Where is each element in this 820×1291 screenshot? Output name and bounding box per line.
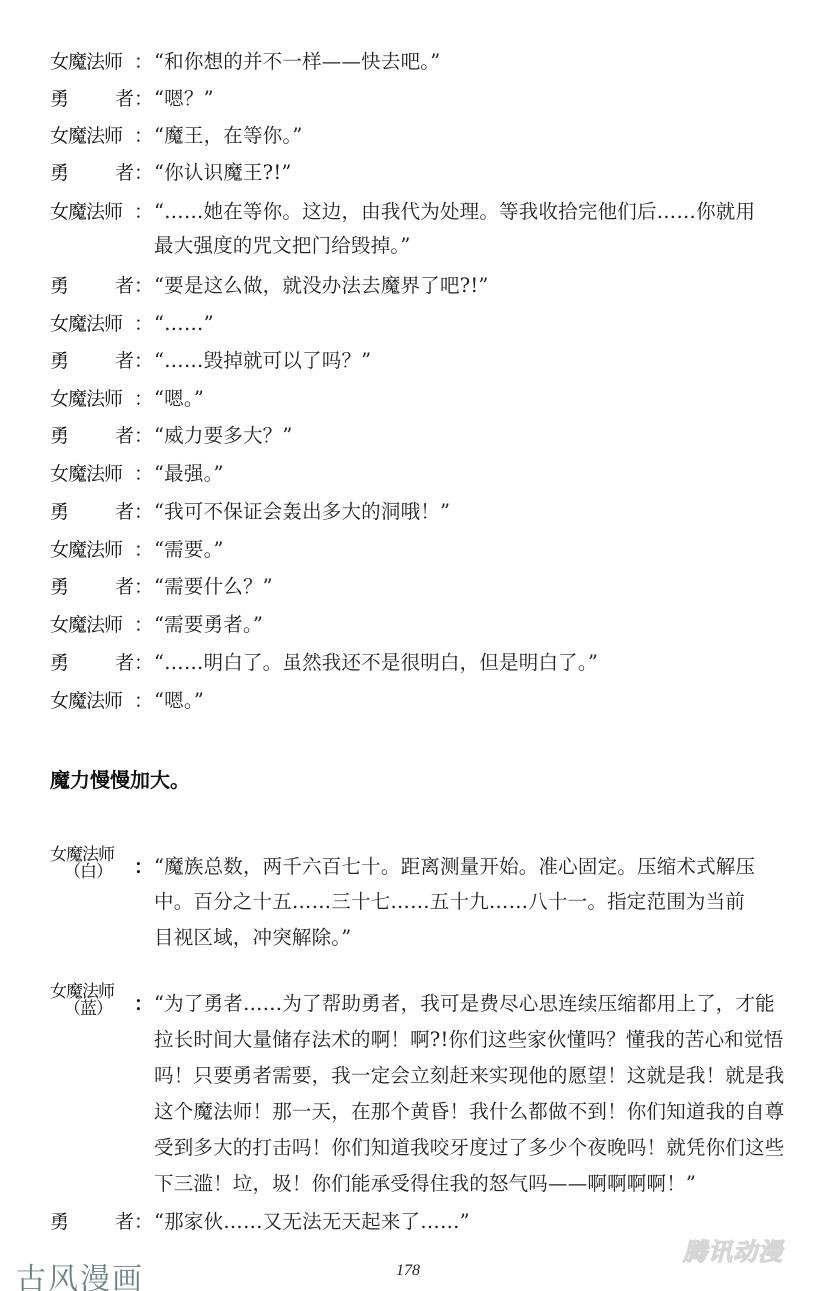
dialogue-line: 女魔法师 ： “魔王，在等你。” — [50, 122, 790, 150]
speech-text: “魔族总数，两千六百七十。距离测量开始。准心固定。压缩术式解压 — [154, 853, 755, 881]
dialogue-line: 勇者 ： “……明白了。虽然我还不是很明白，但是明白了。” — [50, 649, 790, 677]
speaker-label: 女魔法师 — [50, 460, 142, 488]
dialogue-line: 勇者 ： “你认识魔王?!” — [50, 159, 790, 187]
speaker-label-white: 女魔法师 （白） — [50, 847, 134, 881]
speech-continuation: 目视区域，冲突解除。” — [154, 924, 794, 952]
speaker-label: 女魔法师 — [50, 385, 142, 413]
dialogue-line: 女魔法师 ： “需要勇者。” — [50, 611, 790, 639]
speech-continuation: 中。百分之十五……三十七……五十九……八十一。指定范围为当前 — [154, 888, 794, 916]
speech-text: “威力要多大？” — [154, 422, 293, 450]
speaker-label: 女魔法师 — [50, 310, 142, 338]
speaker-label-hero: 勇者 — [50, 573, 134, 601]
colon: ： — [134, 536, 153, 564]
colon: ： — [134, 853, 153, 881]
speech-continuation: 这个魔法师！那一天，在那个黄昏！我什么都做不到！你们知道我的自尊 — [154, 1098, 794, 1126]
speaker-label-hero: 勇者 — [50, 85, 134, 113]
speech-text: “……她在等你。这边，由我代为处理。等我收拾完他们后……你就用 — [154, 198, 755, 226]
page-number: 178 — [396, 1262, 420, 1280]
speech-text: “要是这么做，就没办法去魔界了吧?!” — [154, 272, 489, 300]
colon: ： — [134, 272, 153, 300]
colon: ： — [134, 460, 153, 488]
colon: ： — [134, 649, 153, 677]
speech-text: “需要勇者。” — [154, 611, 263, 639]
colon: ： — [134, 198, 153, 226]
colon: ： — [134, 385, 153, 413]
speaker-label-hero: 勇者 — [50, 272, 134, 300]
dialogue-line: 勇者 ： “……毁掉就可以了吗？” — [50, 347, 790, 375]
speech-continuation: 下三滥！垃，圾！你们能承受得住我的怒气吗——啊啊啊啊！” — [154, 1170, 794, 1198]
speech-text: “需要。” — [154, 536, 224, 564]
colon: ： — [134, 310, 153, 338]
speech-text: “你认识魔王?!” — [154, 159, 292, 187]
speech-continuation: 最大强度的咒文把门给毁掉。” — [154, 232, 794, 260]
colon: ： — [134, 48, 153, 76]
watermark-logo: 腾讯动漫 — [676, 1237, 790, 1267]
speaker-label: 女魔法师 — [50, 536, 142, 564]
speaker-sub: （蓝） — [58, 1001, 118, 1018]
colon: ： — [134, 1208, 153, 1236]
book-page: 女魔法师 ： “和你想的并不一样——快去吧。” 勇者 ： “嗯？” 女魔法师 ：… — [0, 0, 820, 1291]
dialogue-line: 勇者 ： “嗯？” — [50, 85, 790, 113]
speech-text: “……明白了。虽然我还不是很明白，但是明白了。” — [154, 649, 598, 677]
colon: ： — [134, 422, 153, 450]
dialogue-line: 女魔法师 ： “和你想的并不一样——快去吧。” — [50, 48, 790, 76]
site-logo: 古风漫画 — [16, 1254, 144, 1291]
speaker-label: 女魔法师 — [50, 122, 142, 150]
speaker-label-hero: 勇者 — [50, 649, 134, 677]
speech-continuation: 受到多大的打击吗！你们知道我咬牙度过了多少个夜晚吗！就凭你们这些 — [154, 1134, 794, 1162]
dialogue-line: 勇者 ： “那家伙……又无法无天起来了……” — [50, 1208, 790, 1236]
speech-continuation: 拉长时间大量储存法术的啊！啊?!你们这些家伙懂吗？懂我的苦心和觉悟 — [154, 1026, 794, 1054]
speaker-label-hero: 勇者 — [50, 159, 134, 187]
dialogue-line: 勇者 ： “威力要多大？” — [50, 422, 790, 450]
colon: ： — [134, 611, 153, 639]
speaker-label: 女魔法师 — [50, 611, 142, 639]
dialogue-line: 女魔法师 （白） ： “魔族总数，两千六百七十。距离测量开始。准心固定。压缩术式… — [50, 853, 790, 881]
speaker-label-hero: 勇者 — [50, 498, 134, 526]
dialogue-line: 女魔法师 ： “……她在等你。这边，由我代为处理。等我收拾完他们后……你就用 — [50, 198, 790, 226]
speaker-label-hero: 勇者 — [50, 347, 134, 375]
speaker-label: 女魔法师 — [50, 48, 142, 76]
speech-text: “为了勇者……为了帮助勇者，我可是费尽心思连续压缩都用上了，才能 — [154, 990, 775, 1018]
colon: ： — [134, 687, 153, 715]
dialogue-line: 女魔法师 ： “嗯。” — [50, 687, 790, 715]
speaker-label: 女魔法师 — [50, 687, 142, 715]
colon: ： — [134, 990, 153, 1018]
dialogue-line: 勇者 ： “要是这么做，就没办法去魔界了吧?!” — [50, 272, 790, 300]
dialogue-line: 女魔法师 （蓝） ： “为了勇者……为了帮助勇者，我可是费尽心思连续压缩都用上了… — [50, 990, 790, 1018]
speech-text: “嗯？” — [154, 85, 214, 113]
colon: ： — [134, 122, 153, 150]
speech-text: “嗯。” — [154, 385, 204, 413]
colon: ： — [134, 498, 153, 526]
colon: ： — [134, 85, 153, 113]
speaker-label: 女魔法师 — [50, 198, 142, 226]
colon: ： — [134, 573, 153, 601]
speech-text: “……毁掉就可以了吗？” — [154, 347, 371, 375]
colon: ： — [134, 159, 153, 187]
dialogue-line: 女魔法师 ： “最强。” — [50, 460, 790, 488]
narration-text: 魔力慢慢加大。 — [50, 764, 190, 793]
speaker-label-blue: 女魔法师 （蓝） — [50, 984, 134, 1018]
speech-continuation: 吗！只要勇者需要，我一定会立刻赶来实现他的愿望！这就是我！就是我 — [154, 1062, 794, 1090]
dialogue-line: 勇者 ： “需要什么？” — [50, 573, 790, 601]
speech-text: “嗯。” — [154, 687, 204, 715]
speaker-sub: （白） — [58, 864, 118, 881]
speaker-label-hero: 勇者 — [50, 422, 134, 450]
speech-text: “我可不保证会轰出多大的洞哦！” — [154, 498, 450, 526]
dialogue-line: 女魔法师 ： “嗯。” — [50, 385, 790, 413]
dialogue-line: 女魔法师 ： “……” — [50, 310, 790, 338]
dialogue-line: 勇者 ： “我可不保证会轰出多大的洞哦！” — [50, 498, 790, 526]
dialogue-line: 女魔法师 ： “需要。” — [50, 536, 790, 564]
colon: ： — [134, 347, 153, 375]
speech-text: “那家伙……又无法无天起来了……” — [154, 1208, 470, 1236]
speech-text: “……” — [154, 310, 214, 338]
speech-text: “最强。” — [154, 460, 224, 488]
speaker-label-hero: 勇者 — [50, 1208, 134, 1236]
speech-text: “和你想的并不一样——快去吧。” — [154, 48, 440, 76]
speech-text: “需要什么？” — [154, 573, 273, 601]
speech-text: “魔王，在等你。” — [154, 122, 303, 150]
